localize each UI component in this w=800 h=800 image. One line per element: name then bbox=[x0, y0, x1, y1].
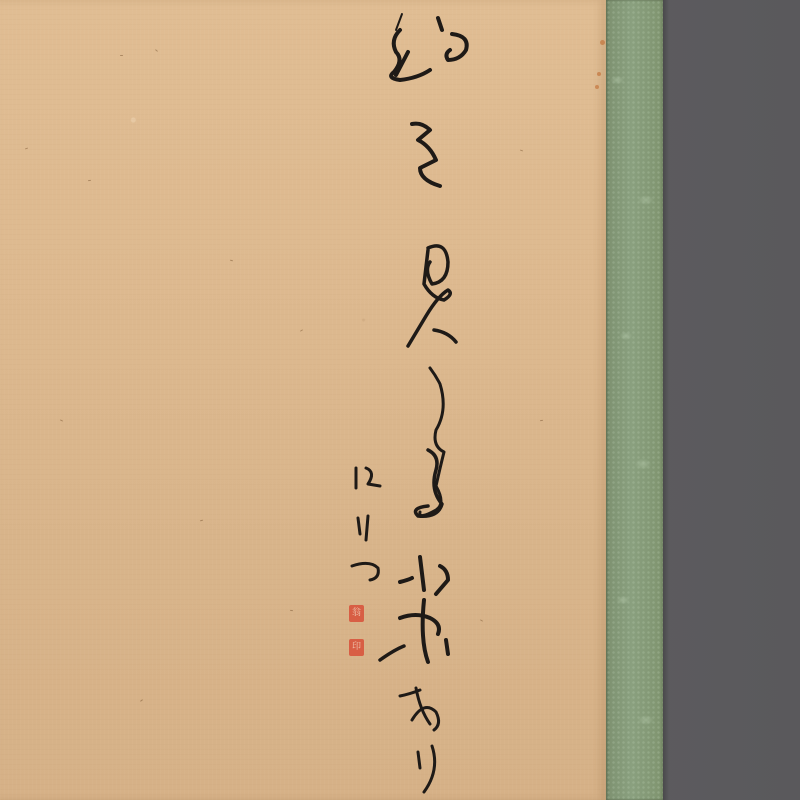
glyph-te-wi-ru bbox=[420, 368, 444, 516]
glyph-ri bbox=[418, 746, 435, 792]
calligraphy: 翁 印 鶴を見てゐる小窓あり はりつ bbox=[0, 0, 800, 800]
seal-upper: 翁 bbox=[349, 605, 364, 622]
glyph-tsuru bbox=[391, 14, 467, 80]
seal-lower-label: 印 bbox=[352, 643, 361, 652]
glyph-mado bbox=[380, 600, 448, 662]
calligraphy-strokes bbox=[0, 0, 800, 800]
photo-scene: 翁 印 鶴を見てゐる小窓あり はりつ bbox=[0, 0, 800, 800]
glyph-a bbox=[400, 688, 439, 730]
glyph-ko bbox=[400, 557, 448, 594]
seal-upper-label: 翁 bbox=[352, 609, 361, 618]
glyph-wo bbox=[412, 124, 440, 186]
signature-haritsu bbox=[352, 468, 380, 580]
seal-lower: 印 bbox=[349, 639, 364, 656]
glyph-mi bbox=[408, 246, 456, 346]
